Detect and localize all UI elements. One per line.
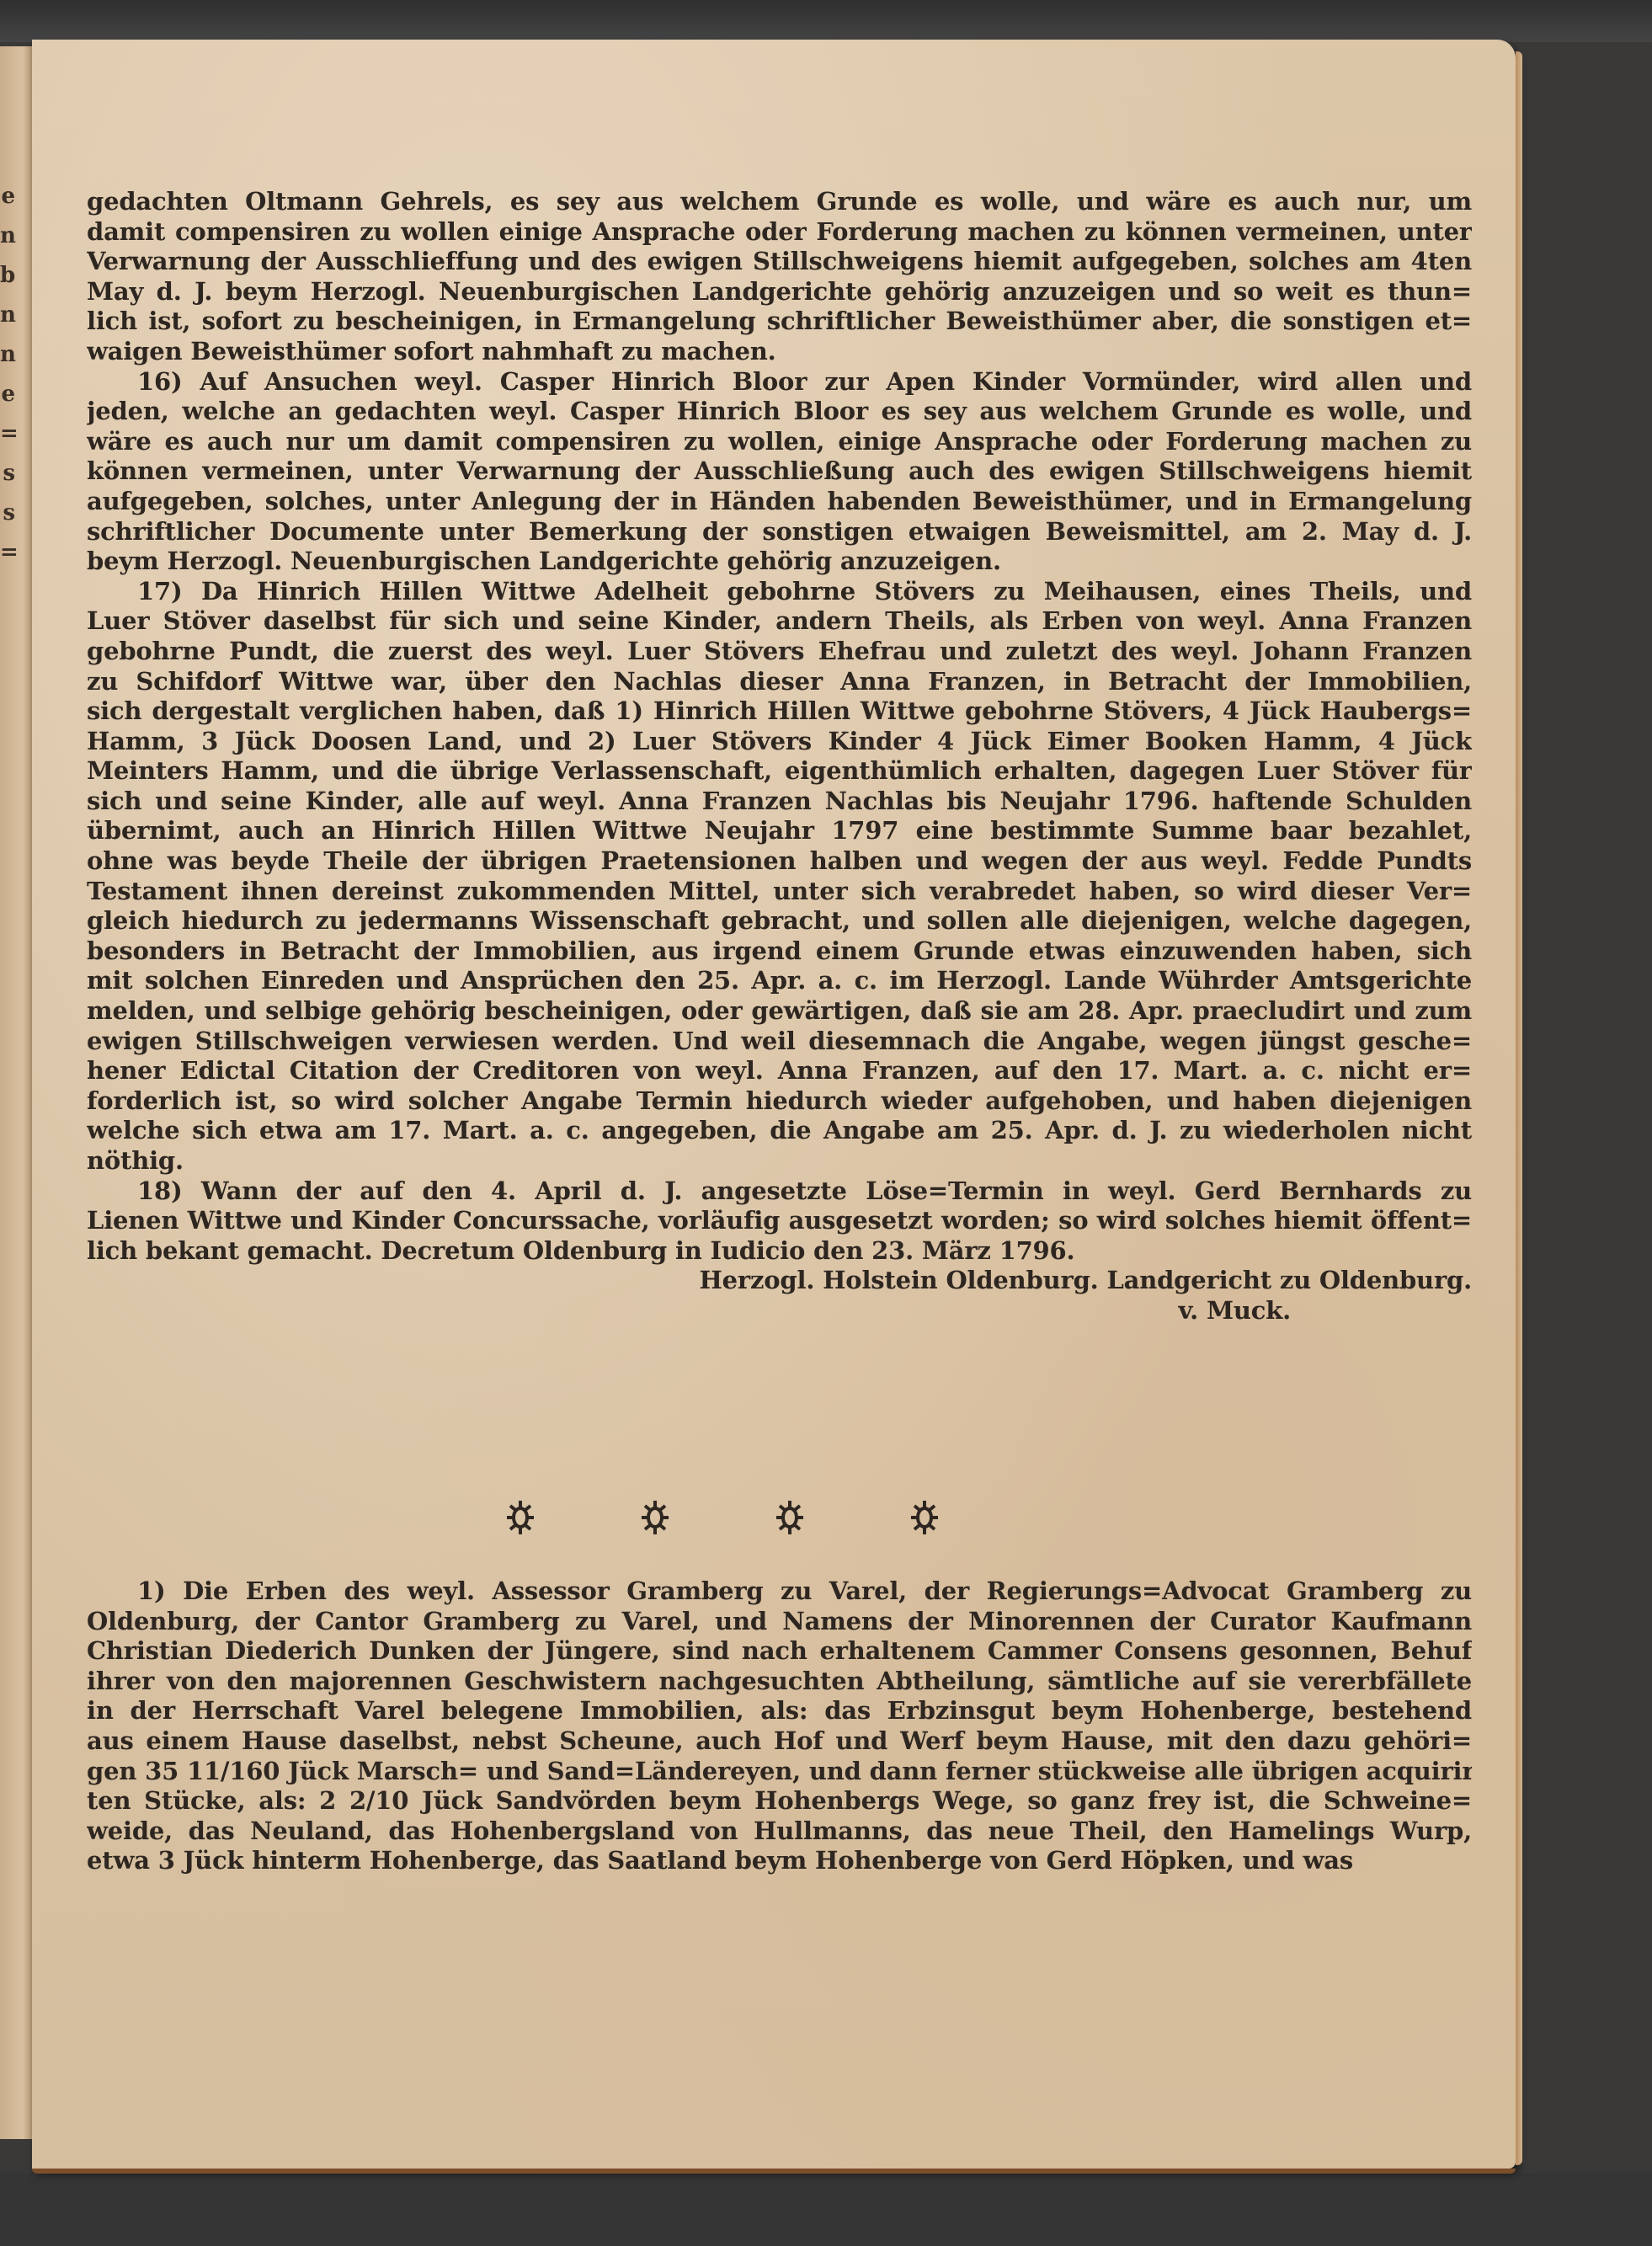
text-line: schriftlicher Documente unter Bemerkung … [87,517,1472,547]
text-line: beym Herzogl. Neuenburgischen Landgerich… [87,547,1472,577]
text-line: gen 35 11/160 Jück Marsch= und Sand=Länd… [87,1757,1472,1787]
text-line: ten Stücke, als: 2 2/10 Jück Sandvörden … [87,1786,1472,1817]
text-line: Testament ihnen dereinst zukommenden Mit… [87,877,1472,907]
text-line: 1) Die Erben des weyl. Assessor Gramberg… [87,1576,1472,1607]
text-line: jeden, welche an gedachten weyl. Casper … [87,397,1472,427]
text-line: Luer Stöver daselbst für sich und seine … [87,606,1472,637]
text-line: mit solchen Einreden und Ansprüchen den … [87,966,1472,996]
fleuron-ornament-icon [773,1499,807,1536]
text-line: forderlich ist, so wird solcher Angabe T… [87,1086,1472,1117]
text-line: aufgegeben, solches, unter Anlegung der … [87,487,1472,517]
text-line: sich und seine Kinder, alle auf weyl. An… [87,787,1472,817]
text-line: Hamm, 3 Jück Doosen Land, und 2) Luer St… [87,727,1472,757]
text-line: waigen Beweisthümer sofort nahmhaft zu m… [87,337,1472,367]
text-line: hener Edictal Citation der Creditoren vo… [87,1056,1472,1086]
text-line: wäre es auch nur um damit compensiren zu… [87,427,1472,457]
text-line: Verwarnung der Ausschlieffung und des ew… [87,247,1472,277]
edge-glyph: s [0,454,32,493]
text-line: nöthig. [87,1146,1472,1176]
text-line: besonders in Betracht der Immobilien, au… [87,936,1472,967]
court-name: Herzogl. Holstein Oldenburg. Landgericht… [87,1266,1472,1296]
fleuron-ornament-icon [504,1499,537,1536]
edge-glyph: n [0,335,32,375]
scanner-backdrop-top [0,0,1652,42]
text-line: gleich hiedurch zu jedermanns Wissenscha… [87,906,1472,936]
text-line: können vermeinen, unter Verwarnung der A… [87,456,1472,487]
text-line: ihrer von den majorennen Geschwistern na… [87,1667,1472,1697]
text-line: ewigen Stillschweigen verwiesen werden. … [87,1027,1472,1057]
paragraph-17: 17) Da Hinrich Hillen Wittwe Adelheit ge… [87,577,1472,1176]
text-line: Meinters Hamm, und die übrige Verlassens… [87,756,1472,787]
edge-glyph: b [0,256,32,296]
text-line: 17) Da Hinrich Hillen Wittwe Adelheit ge… [87,577,1472,607]
edge-glyph: e [0,375,32,414]
text-line: übernimt, auch an Hinrich Hillen Wittwe … [87,816,1472,846]
edge-glyph: n [0,296,32,335]
text-line: Christian Diederich Dunken der Jüngere, … [87,1636,1472,1667]
section-a: gedachten Oltmann Gehrels, es sey aus we… [87,187,1472,1326]
text-line: Lienen Wittwe und Kinder Concurssache, v… [87,1206,1472,1236]
text-line: 18) Wann der auf den 4. April d. J. ange… [87,1176,1472,1207]
text-line: gedachten Oltmann Gehrels, es sey aus we… [87,187,1472,217]
scanner-backdrop-bottom [0,2173,1652,2246]
edge-glyph: = [0,414,32,454]
edge-glyph: s [0,493,32,533]
court-signature: Herzogl. Holstein Oldenburg. Landgericht… [87,1266,1472,1326]
edge-glyph: = [0,533,32,573]
text-line: lich bekant gemacht. Decretum Oldenburg … [87,1236,1472,1267]
edge-glyph: e [0,177,32,216]
text-line: etwa 3 Jück hinterm Hohenberge, das Saat… [87,1846,1472,1876]
text-line: 16) Auf Ansuchen weyl. Casper Hinrich Bl… [87,367,1472,397]
text-line: sich dergestalt verglichen haben, daß 1)… [87,696,1472,727]
section-separator [504,1499,941,1541]
text-line: Oldenburg, der Cantor Gramberg zu Varel,… [87,1607,1472,1637]
text-line: in der Herrschaft Varel belegene Immobil… [87,1696,1472,1726]
signatory-name: v. Muck. [87,1296,1472,1326]
text-line: damit compensiren zu wollen einige Anspr… [87,217,1472,248]
text-line: melden, und selbige gehörig bescheinigen… [87,996,1472,1027]
fleuron-ornament-icon [908,1499,941,1536]
document-page: gedachten Oltmann Gehrels, es sey aus we… [32,40,1516,2169]
facing-page-edge: enbnne=ss= [0,46,34,2139]
text-line: aus einem Hause daselbst, nebst Scheune,… [87,1726,1472,1757]
text-line: lich ist, sofort zu bescheinigen, in Erm… [87,307,1472,337]
paragraph-b1: 1) Die Erben des weyl. Assessor Gramberg… [87,1576,1472,1876]
edge-glyph: n [0,216,32,256]
paragraph-15-continuation: gedachten Oltmann Gehrels, es sey aus we… [87,187,1472,367]
text-line: weide, das Neuland, das Hohenbergsland v… [87,1817,1472,1847]
text-line: gebohrne Pundt, die zuerst des weyl. Lue… [87,637,1472,667]
fleuron-ornament-icon [638,1499,672,1536]
text-line: zu Schifdorf Wittwe war, über den Nachla… [87,667,1472,697]
page-bottom-edge [32,2169,1516,2174]
paragraph-16: 16) Auf Ansuchen weyl. Casper Hinrich Bl… [87,367,1472,577]
paragraph-18: 18) Wann der auf den 4. April d. J. ange… [87,1176,1472,1267]
facing-page-glyphs: enbnne=ss= [0,177,32,573]
text-line: May d. J. beym Herzogl. Neuenburgischen … [87,277,1472,307]
text-line: ohne was beyde Theile der übrigen Praete… [87,846,1472,877]
text-line: welche sich etwa am 17. Mart. a. c. ange… [87,1116,1472,1146]
section-b: 1) Die Erben des weyl. Assessor Gramberg… [87,1576,1472,1876]
